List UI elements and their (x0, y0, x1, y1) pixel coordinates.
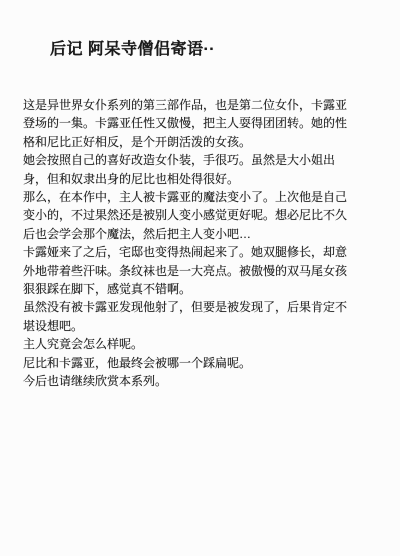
page-title: 后记 阿呆寺僧侣寄语·· (50, 36, 215, 59)
afterword-body-text: 这是异世界女仆系列的第三部作品，也是第二位女仆，卡露亚 登场的一集。卡露亚任性又… (23, 96, 383, 391)
afterword-page: 后记 阿呆寺僧侣寄语·· 这是异世界女仆系列的第三部作品，也是第二位女仆，卡露亚… (0, 0, 400, 556)
